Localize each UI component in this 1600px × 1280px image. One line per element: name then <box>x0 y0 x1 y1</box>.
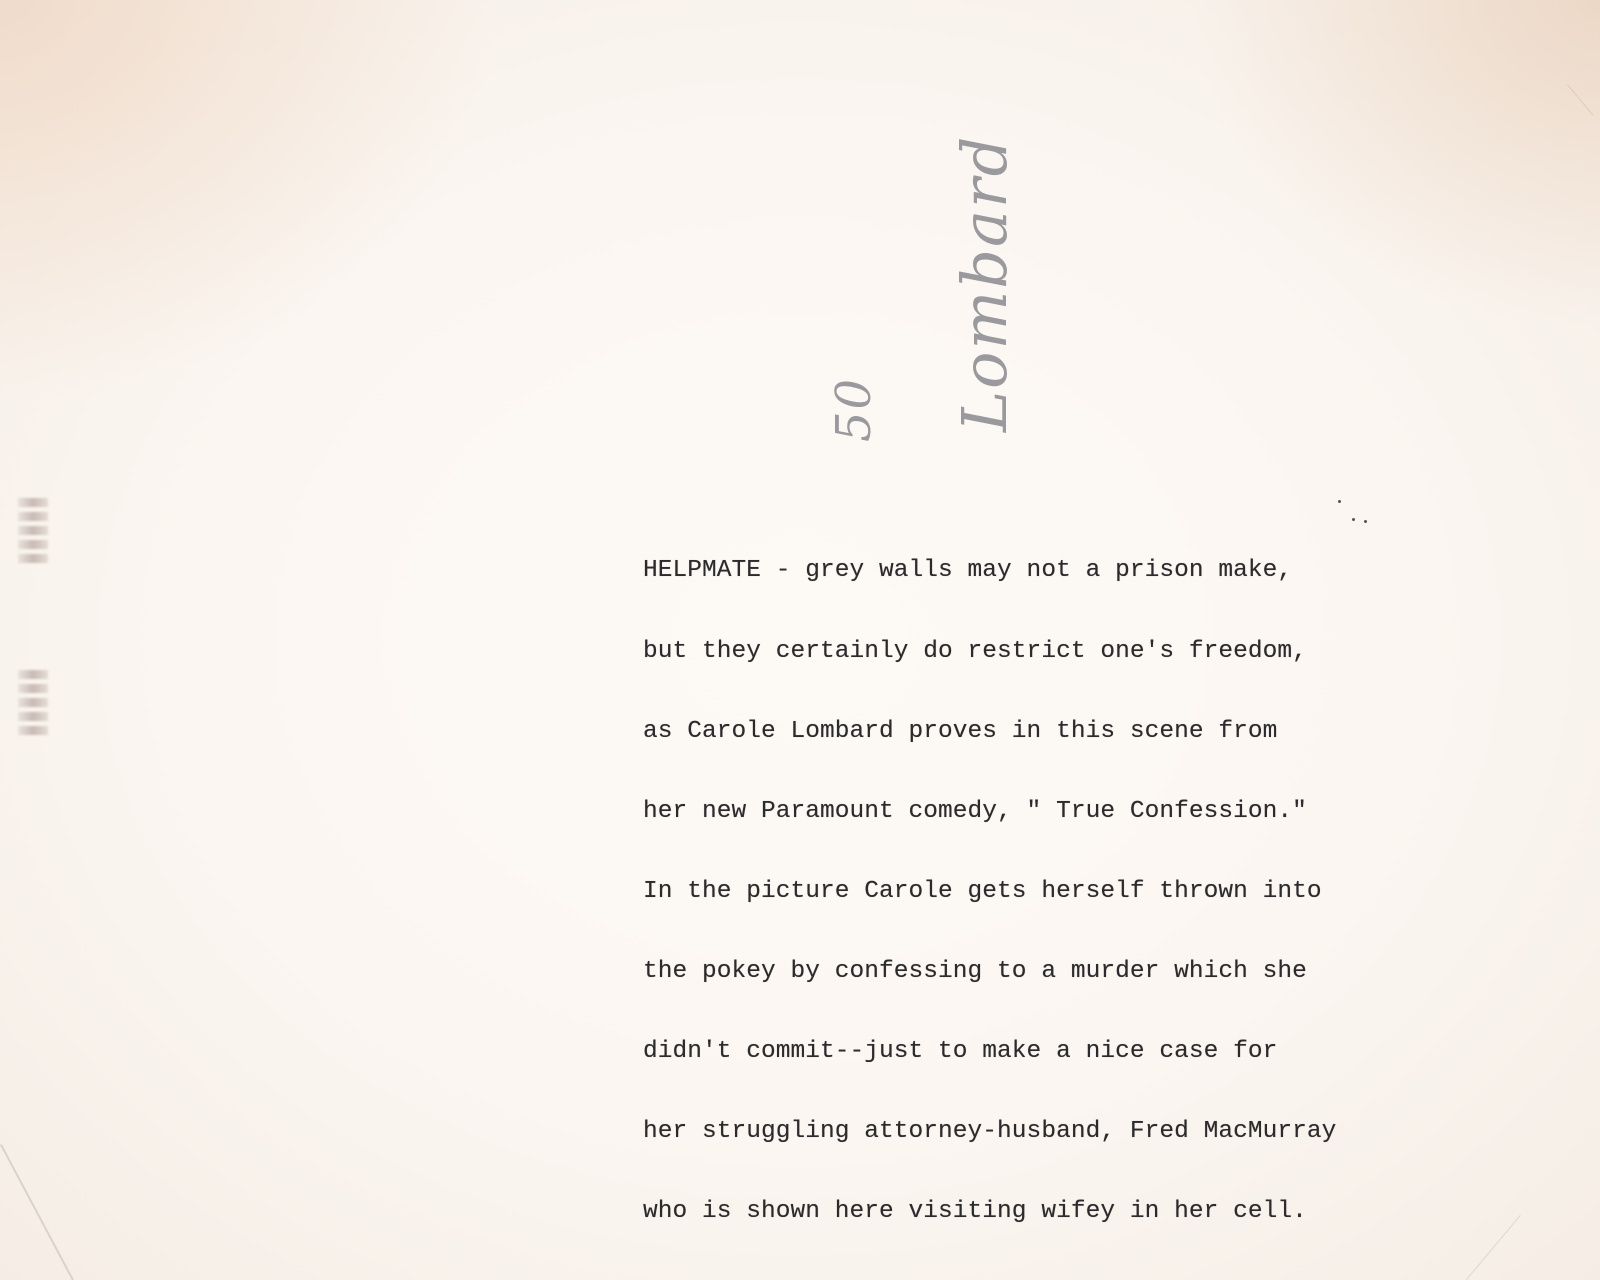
stray-ink-dot <box>1364 520 1367 523</box>
typewritten-caption: HELPMATE - grey walls may not a prison m… <box>643 505 1336 1279</box>
stray-ink-dot <box>1352 518 1355 521</box>
corner-crease-bottom-right <box>1462 1215 1521 1280</box>
photo-back-paper: 50 Lombard HELPMATE - grey walls may not… <box>0 0 1600 1280</box>
caption-line: In the picture Carole gets herself throw… <box>643 879 1336 906</box>
pencil-annotation-name: Lombard <box>948 135 1021 432</box>
caption-line: as Carole Lombard proves in this scene f… <box>643 719 1336 746</box>
caption-line: who is shown here visiting wifey in her … <box>643 1199 1336 1226</box>
corner-crease-bottom-left <box>0 1144 77 1280</box>
caption-line: didn't commit--just to make a nice case … <box>643 1039 1336 1066</box>
caption-line: her new Paramount comedy, " True Confess… <box>643 799 1336 826</box>
caption-line: but they certainly do restrict one's fre… <box>643 639 1336 666</box>
caption-line: HELPMATE - grey walls may not a prison m… <box>643 558 1336 585</box>
stray-ink-dot <box>1338 500 1341 503</box>
edge-stain-marks-top <box>18 498 48 568</box>
pencil-annotation-number: 50 <box>826 377 882 442</box>
edge-stain-marks-bottom <box>18 670 48 740</box>
caption-line: the pokey by confessing to a murder whic… <box>643 959 1336 986</box>
caption-line: her struggling attorney-husband, Fred Ma… <box>643 1119 1336 1146</box>
corner-crease-top-right <box>1567 84 1593 115</box>
